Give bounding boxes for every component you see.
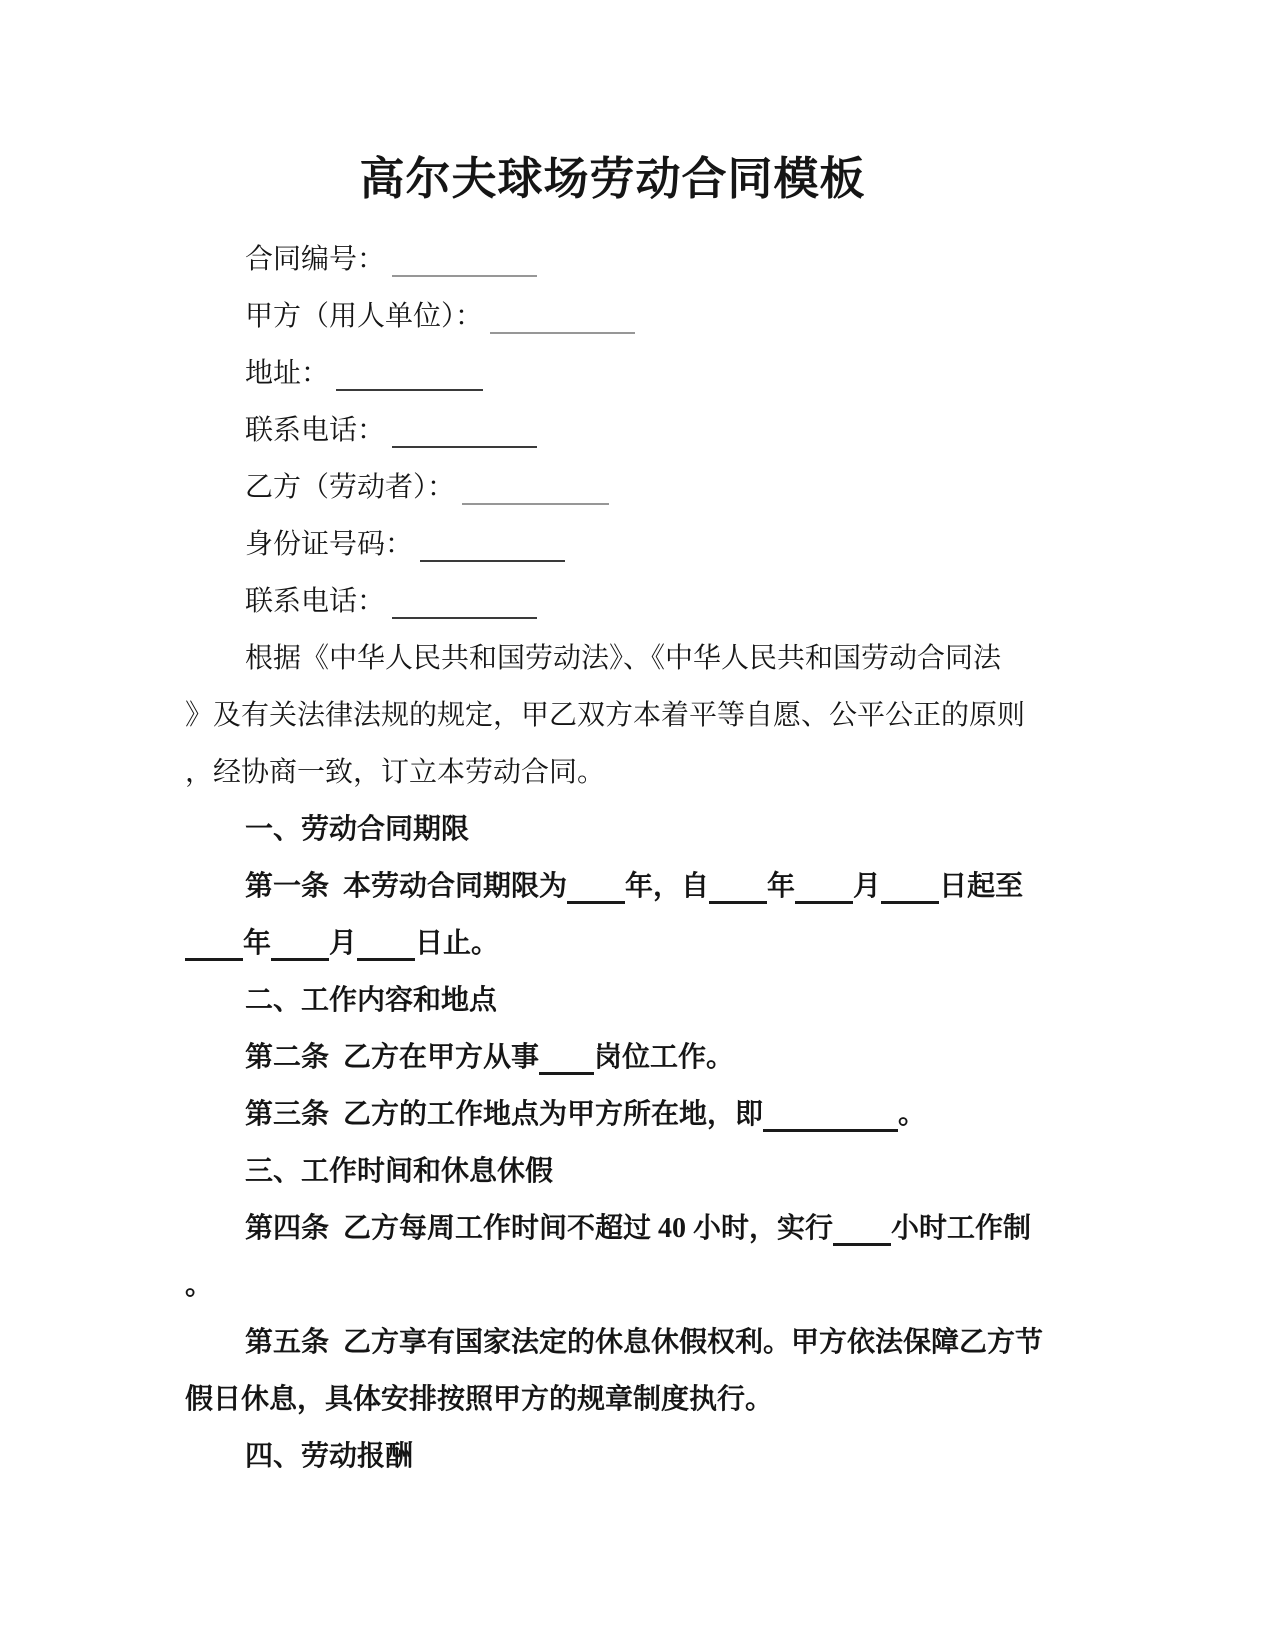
document-line: 第一条 本劳动合同期限为年，自年月日起至 bbox=[185, 858, 1040, 915]
line-text: 。 bbox=[898, 1099, 926, 1130]
document-line: ，经协商一致，订立本劳动合同。 bbox=[185, 744, 1040, 801]
line-text: 乙方（劳动者）： bbox=[245, 472, 462, 503]
line-text: 第五条 乙方享有国家法定的休息休假权利。甲方依法保障乙方节 bbox=[245, 1327, 1043, 1358]
blank-field bbox=[763, 1101, 898, 1132]
line-text: 联系电话： bbox=[245, 415, 392, 446]
document-line: 联系电话： bbox=[185, 573, 1040, 630]
line-text: 小时工作制 bbox=[891, 1213, 1031, 1244]
line-text: 。 bbox=[185, 1270, 213, 1301]
blank-field bbox=[392, 247, 537, 277]
document-line: 合同编号： bbox=[185, 231, 1040, 288]
document-line: 第五条 乙方享有国家法定的休息休假权利。甲方依法保障乙方节 bbox=[185, 1314, 1040, 1371]
line-text: 四、劳动报酬 bbox=[245, 1441, 413, 1472]
line-text: 》及有关法律法规的规定，甲乙双方本着平等自愿、公平公正的原则 bbox=[185, 700, 1025, 731]
blank-field bbox=[567, 873, 625, 904]
document-line: 联系电话： bbox=[185, 402, 1040, 459]
document-line: 身份证号码： bbox=[185, 516, 1040, 573]
document-line: 二、工作内容和地点 bbox=[185, 972, 1040, 1029]
document-line: 年月日止。 bbox=[185, 915, 1040, 972]
line-text: 日起至 bbox=[939, 871, 1023, 902]
blank-field bbox=[539, 1044, 594, 1075]
document-page: 高尔夫球场劳动合同模板 合同编号： 甲方（用人单位）： 地址： 联系电话： 乙方… bbox=[0, 0, 1275, 1650]
document-line: 第四条 乙方每周工作时间不超过 40 小时，实行小时工作制 bbox=[185, 1200, 1040, 1257]
blank-field bbox=[336, 361, 483, 391]
line-text: 一、劳动合同期限 bbox=[245, 814, 469, 845]
line-text: 第三条 乙方的工作地点为甲方所在地，即 bbox=[245, 1099, 763, 1130]
blank-field bbox=[185, 930, 243, 961]
blank-field bbox=[462, 475, 609, 505]
line-text: 年 bbox=[767, 871, 795, 902]
document-line: 根据《中华人民共和国劳动法》、《中华人民共和国劳动合同法 bbox=[185, 630, 1040, 687]
document-title: 高尔夫球场劳动合同模板 bbox=[185, 150, 1040, 208]
line-text: 月 bbox=[329, 928, 357, 959]
document-line: 地址： bbox=[185, 345, 1040, 402]
line-text: 日止。 bbox=[415, 928, 499, 959]
document-line: 》及有关法律法规的规定，甲乙双方本着平等自愿、公平公正的原则 bbox=[185, 687, 1040, 744]
line-text: 年 bbox=[243, 928, 271, 959]
document-line: 乙方（劳动者）： bbox=[185, 459, 1040, 516]
document-line: 三、工作时间和休息休假 bbox=[185, 1143, 1040, 1200]
document-line: 甲方（用人单位）： bbox=[185, 288, 1040, 345]
document-line: 假日休息，具体安排按照甲方的规章制度执行。 bbox=[185, 1371, 1040, 1428]
line-text: 假日休息，具体安排按照甲方的规章制度执行。 bbox=[185, 1384, 773, 1415]
blank-field bbox=[833, 1215, 891, 1246]
line-text: 第二条 乙方在甲方从事 bbox=[245, 1042, 539, 1073]
line-text: 身份证号码： bbox=[245, 529, 420, 560]
blank-field bbox=[795, 873, 853, 904]
blank-field bbox=[881, 873, 939, 904]
line-text: 三、工作时间和休息休假 bbox=[245, 1156, 553, 1187]
line-text: 地址： bbox=[245, 358, 336, 389]
line-text: ，经协商一致，订立本劳动合同。 bbox=[185, 757, 605, 788]
line-text: 二、工作内容和地点 bbox=[245, 985, 497, 1016]
line-text: 岗位工作。 bbox=[594, 1042, 734, 1073]
line-text: 月 bbox=[853, 871, 881, 902]
document-body: 合同编号： 甲方（用人单位）： 地址： 联系电话： 乙方（劳动者）： 身份证号码… bbox=[185, 231, 1040, 1485]
document-line: 。 bbox=[185, 1257, 1040, 1314]
blank-field bbox=[420, 532, 565, 562]
line-text: 年，自 bbox=[625, 871, 709, 902]
line-text: 第四条 乙方每周工作时间不超过 40 小时，实行 bbox=[245, 1213, 833, 1244]
line-text: 根据《中华人民共和国劳动法》、《中华人民共和国劳动合同法 bbox=[245, 643, 1001, 674]
blank-field bbox=[392, 418, 537, 448]
blank-field bbox=[709, 873, 767, 904]
line-text: 甲方（用人单位）： bbox=[245, 301, 490, 332]
document-line: 四、劳动报酬 bbox=[185, 1428, 1040, 1485]
document-line: 第三条 乙方的工作地点为甲方所在地，即。 bbox=[185, 1086, 1040, 1143]
blank-field bbox=[271, 930, 329, 961]
document-line: 第二条 乙方在甲方从事岗位工作。 bbox=[185, 1029, 1040, 1086]
line-text: 合同编号： bbox=[245, 244, 392, 275]
blank-field bbox=[357, 930, 415, 961]
blank-field bbox=[392, 589, 537, 619]
document-line: 一、劳动合同期限 bbox=[185, 801, 1040, 858]
blank-field bbox=[490, 304, 635, 334]
line-text: 联系电话： bbox=[245, 586, 392, 617]
line-text: 第一条 本劳动合同期限为 bbox=[245, 871, 567, 902]
